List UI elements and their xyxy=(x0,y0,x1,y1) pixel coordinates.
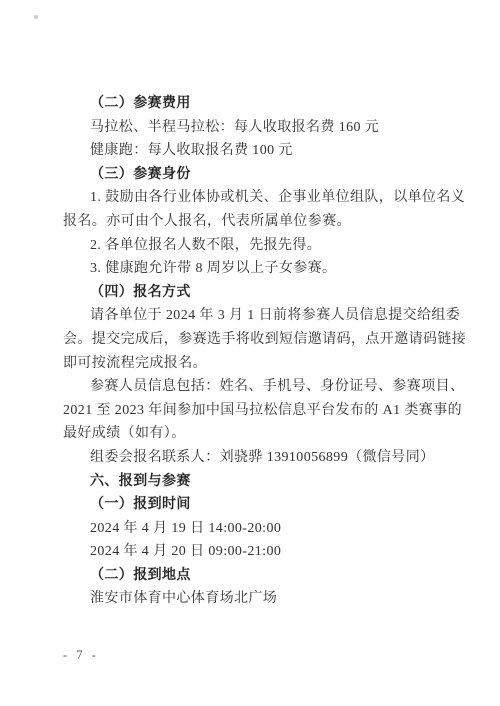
text-line: 六、报到与参赛 xyxy=(63,470,443,494)
text-line: 马拉松、半程马拉松：每人收取报名费 160 元 xyxy=(63,116,443,140)
text-line: 即可按流程完成报名。 xyxy=(63,352,443,376)
text-line: 报名。亦可由个人报名，代表所属单位参赛。 xyxy=(63,210,443,234)
text-line: 3. 健康跑允许带 8 周岁以上子女参赛。 xyxy=(63,257,443,281)
text-line: （二）报到地点 xyxy=(63,564,443,588)
text-line: 参赛人员信息包括：姓名、手机号、身份证号、参赛项目、 xyxy=(63,375,443,399)
document-body: （二）参赛费用马拉松、半程马拉松：每人收取报名费 160 元健康跑：每人收取报名… xyxy=(63,92,443,611)
text-line: 2024 年 4 月 19 日 14:00-20:00 xyxy=(63,517,443,541)
text-line: 最好成绩（如有）。 xyxy=(63,422,443,446)
document-page: （二）参赛费用马拉松、半程马拉松：每人收取报名费 160 元健康跑：每人收取报名… xyxy=(0,0,500,706)
text-line: 淮安市体育中心体育场北广场 xyxy=(63,587,443,611)
text-line: （四）报名方式 xyxy=(63,281,443,305)
text-line: 请各单位于 2024 年 3 月 1 日前将参赛人员信息提交给组委 xyxy=(63,304,443,328)
text-line: 组委会报名联系人：刘骁骅 13910056899（微信号同） xyxy=(63,446,443,470)
text-line: 1. 鼓励由各行业体协或机关、企事业单位组队，以单位名义 xyxy=(63,186,443,210)
text-line: 2021 至 2023 年间参加中国马拉松信息平台发布的 A1 类赛事的 xyxy=(63,399,443,423)
text-line: 2. 各单位报名人数不限，先报先得。 xyxy=(63,234,443,258)
text-line: （三）参赛身份 xyxy=(63,163,443,187)
text-line: 2024 年 4 月 20 日 09:00-21:00 xyxy=(63,540,443,564)
text-line: （一）报到时间 xyxy=(63,493,443,517)
text-line: 会。提交完成后，参赛选手将收到短信邀请码，点开邀请码链接 xyxy=(63,328,443,352)
text-line: （二）参赛费用 xyxy=(63,92,443,116)
page-number: - 7 - xyxy=(63,648,99,663)
scan-speck xyxy=(34,15,38,19)
text-line: 健康跑：每人收取报名费 100 元 xyxy=(63,139,443,163)
